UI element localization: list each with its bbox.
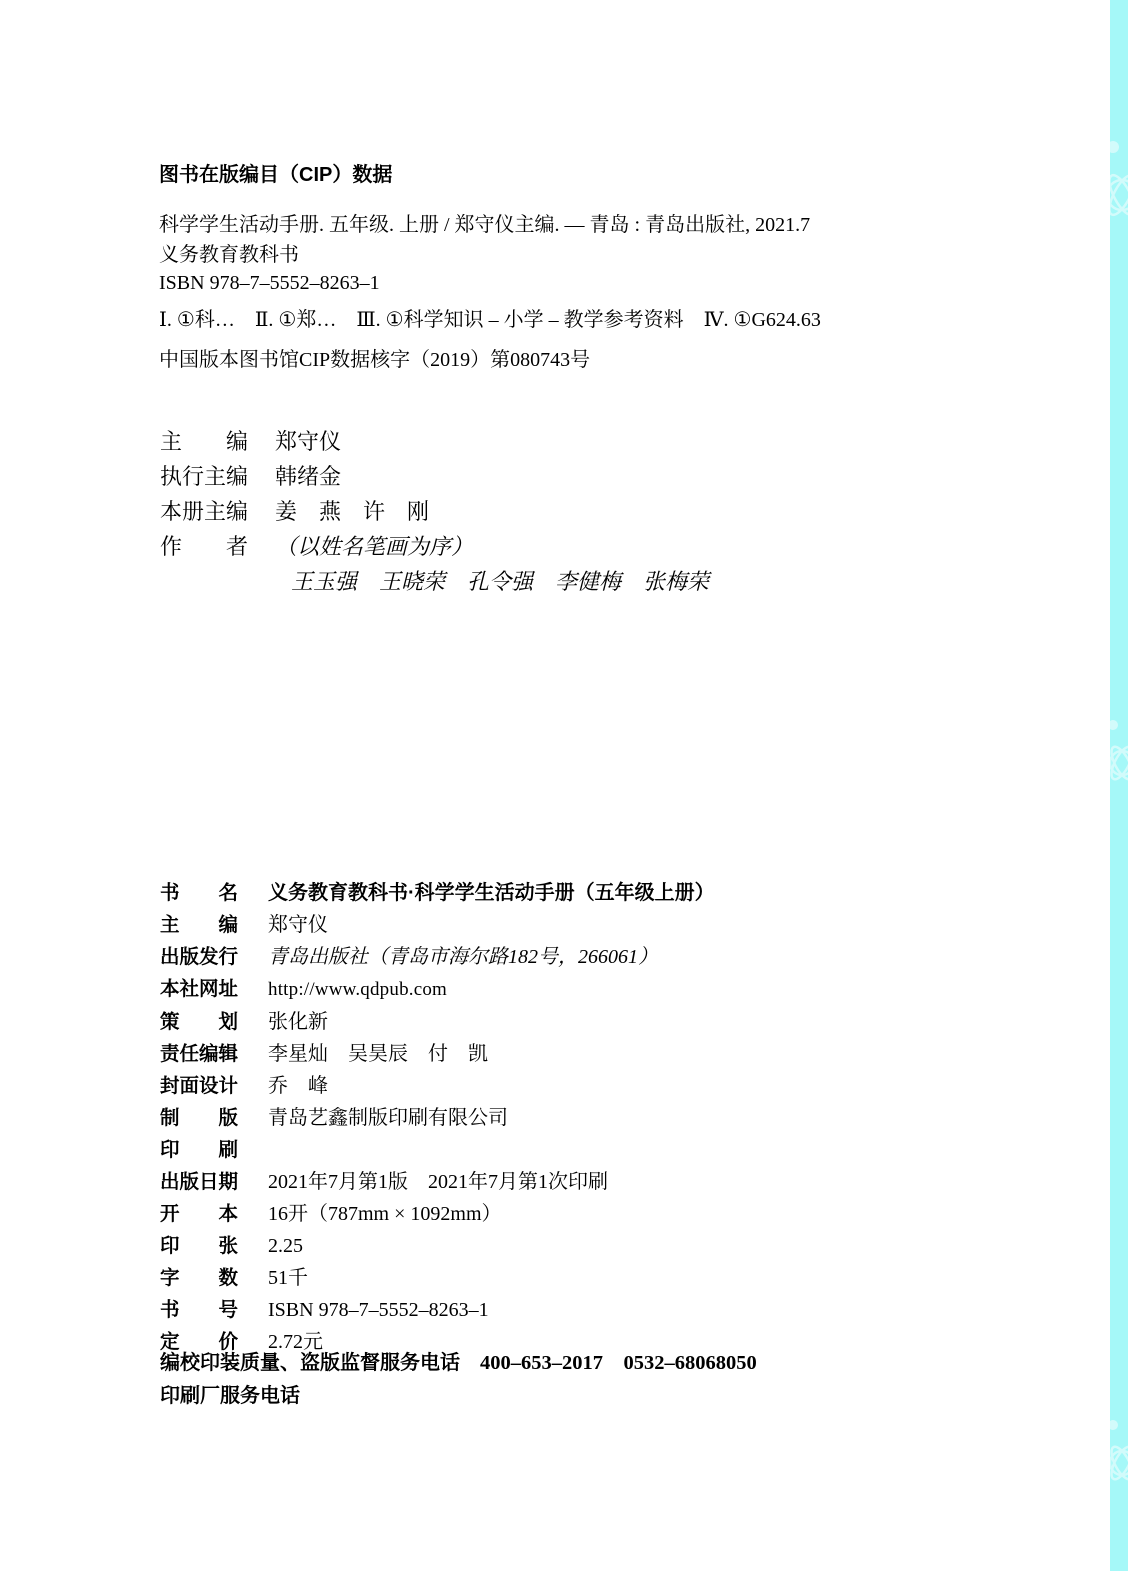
pub-row-format: 开 本16开（787mm × 1092mm） xyxy=(160,1198,715,1230)
publication-block: 书 名义务教育教科书·科学学生活动手册（五年级上册） 主 编郑守仪 出版发行青岛… xyxy=(160,877,715,1358)
cip-record-number-line: 中国版本图书馆CIP数据核字（2019）第080743号 xyxy=(159,349,590,372)
footer-block: 编校印装质量、盗版监督服务电话 400–653–2017 0532–680680… xyxy=(160,1347,757,1413)
pub-row-label: 本社网址 xyxy=(160,973,240,1005)
editor-row-value: 姜 燕 许 刚 xyxy=(275,499,429,524)
cip-classification-line: Ⅰ. ①科… Ⅱ. ①郑… Ⅲ. ①科学知识 – 小学 – 教学参考资料 Ⅳ. … xyxy=(159,309,821,332)
cip-header: 图书在版编目（CIP）数据 xyxy=(159,164,392,187)
pub-row-value: 义务教育教科书·科学学生活动手册（五年级上册） xyxy=(268,882,715,904)
publisher-url: http://www.qdpub.com xyxy=(268,979,447,1000)
pub-row-plate-making: 制 版青岛艺鑫制版印刷有限公司 xyxy=(160,1102,715,1134)
pub-row-value: 51千 xyxy=(268,1267,308,1289)
printer-hotline-line: 印刷厂服务电话 xyxy=(160,1380,757,1413)
editor-row-label: 作 者 xyxy=(160,529,248,564)
pub-row-label: 制 版 xyxy=(160,1102,240,1134)
pub-row-label: 责任编辑 xyxy=(160,1038,240,1070)
editor-row-label: 本册主编 xyxy=(160,494,248,529)
pub-row-label: 字 数 xyxy=(160,1262,240,1294)
pub-row-value: 李星灿 吴昊辰 付 凯 xyxy=(268,1043,488,1065)
editor-row: 王玉强 王晓荣 孔令强 李健梅 张梅荣 xyxy=(160,564,709,599)
pub-row-label: 书 号 xyxy=(160,1294,240,1326)
pub-row-value: 乔 峰 xyxy=(268,1075,328,1097)
pub-row-chief-editor: 主 编郑守仪 xyxy=(160,909,715,941)
pub-row-cover-design: 封面设计乔 峰 xyxy=(160,1070,715,1102)
pub-row-value: 张化新 xyxy=(268,1011,328,1033)
pub-row-responsible-editors: 责任编辑李星灿 吴昊辰 付 凯 xyxy=(160,1038,715,1070)
editor-row: 主 编郑守仪 xyxy=(160,424,709,459)
pub-row-value: 青岛出版社（青岛市海尔路182号，266061） xyxy=(268,946,658,968)
pub-row-label: 策 划 xyxy=(160,1006,240,1038)
pub-row-label: 书 名 xyxy=(160,877,240,909)
editor-row: 执行主编韩绪金 xyxy=(160,459,709,494)
quality-hotline-line: 编校印装质量、盗版监督服务电话 400–653–2017 0532–680680… xyxy=(160,1347,757,1380)
cip-isbn-line: ISBN 978–7–5552–8263–1 xyxy=(159,272,380,295)
pub-row-label: 出版日期 xyxy=(160,1166,240,1198)
editor-row: 作 者（以姓名笔画为序） xyxy=(160,529,709,564)
editor-row-value: 郑守仪 xyxy=(275,429,341,454)
pub-row-label: 印 刷 xyxy=(160,1134,240,1166)
cip-title-line: 科学学生活动手册. 五年级. 上册 / 郑守仪主编. — 青岛 : 青岛出版社,… xyxy=(159,214,810,237)
author-names: 王玉强 王晓荣 孔令强 李健梅 张梅荣 xyxy=(275,564,709,599)
cip-series-line: 义务教育教科书 xyxy=(159,244,299,267)
pub-row-label: 出版发行 xyxy=(160,941,240,973)
editor-row-label: 主 编 xyxy=(160,424,248,459)
editor-row-value: （以姓名笔画为序） xyxy=(275,534,473,559)
pub-row-publish-date: 出版日期2021年7月第1版 2021年7月第1次印刷 xyxy=(160,1166,715,1198)
pub-row-book-title: 书 名义务教育教科书·科学学生活动手册（五年级上册） xyxy=(160,877,715,909)
atom-icon xyxy=(1110,1415,1128,1505)
pub-row-value: ISBN 978–7–5552–8263–1 xyxy=(268,1299,489,1321)
pub-row-isbn: 书 号ISBN 978–7–5552–8263–1 xyxy=(160,1294,715,1326)
atom-icon xyxy=(1110,135,1128,255)
atom-icon xyxy=(1110,715,1128,805)
pub-row-value: 2.25 xyxy=(268,1235,303,1257)
pub-row-label: 开 本 xyxy=(160,1198,240,1230)
pub-row-website: 本社网址http://www.qdpub.com xyxy=(160,973,715,1006)
pub-row-value: 青岛艺鑫制版印刷有限公司 xyxy=(268,1107,508,1129)
editors-block: 主 编郑守仪 执行主编韩绪金 本册主编姜 燕 许 刚 作 者（以姓名笔画为序） … xyxy=(160,424,709,599)
accent-strip xyxy=(1110,0,1128,1571)
pub-row-value: 2021年7月第1版 2021年7月第1次印刷 xyxy=(268,1171,608,1193)
pub-row-value: 16开（787mm × 1092mm） xyxy=(268,1203,502,1225)
editor-row-value: 韩绪金 xyxy=(275,464,341,489)
pub-row-printing: 印 刷 xyxy=(160,1134,715,1166)
pub-row-sheets: 印 张2.25 xyxy=(160,1230,715,1262)
pub-row-label: 印 张 xyxy=(160,1230,240,1262)
editor-row: 本册主编姜 燕 许 刚 xyxy=(160,494,709,529)
printer-hotline-label: 印刷厂服务电话 xyxy=(160,1385,300,1407)
spacer xyxy=(460,1352,480,1374)
pub-row-publisher: 出版发行青岛出版社（青岛市海尔路182号，266061） xyxy=(160,941,715,973)
editor-row-label: 执行主编 xyxy=(160,459,248,494)
quality-hotline-label: 编校印装质量、盗版监督服务电话 xyxy=(160,1352,460,1374)
page: 图书在版编目（CIP）数据 科学学生活动手册. 五年级. 上册 / 郑守仪主编.… xyxy=(0,0,1128,1571)
pub-row-word-count: 字 数51千 xyxy=(160,1262,715,1294)
pub-row-planner: 策 划张化新 xyxy=(160,1006,715,1038)
pub-row-label: 主 编 xyxy=(160,909,240,941)
pub-row-value: 郑守仪 xyxy=(268,914,328,936)
quality-hotline-numbers: 400–653–2017 0532–68068050 xyxy=(480,1352,757,1374)
pub-row-label: 封面设计 xyxy=(160,1070,240,1102)
